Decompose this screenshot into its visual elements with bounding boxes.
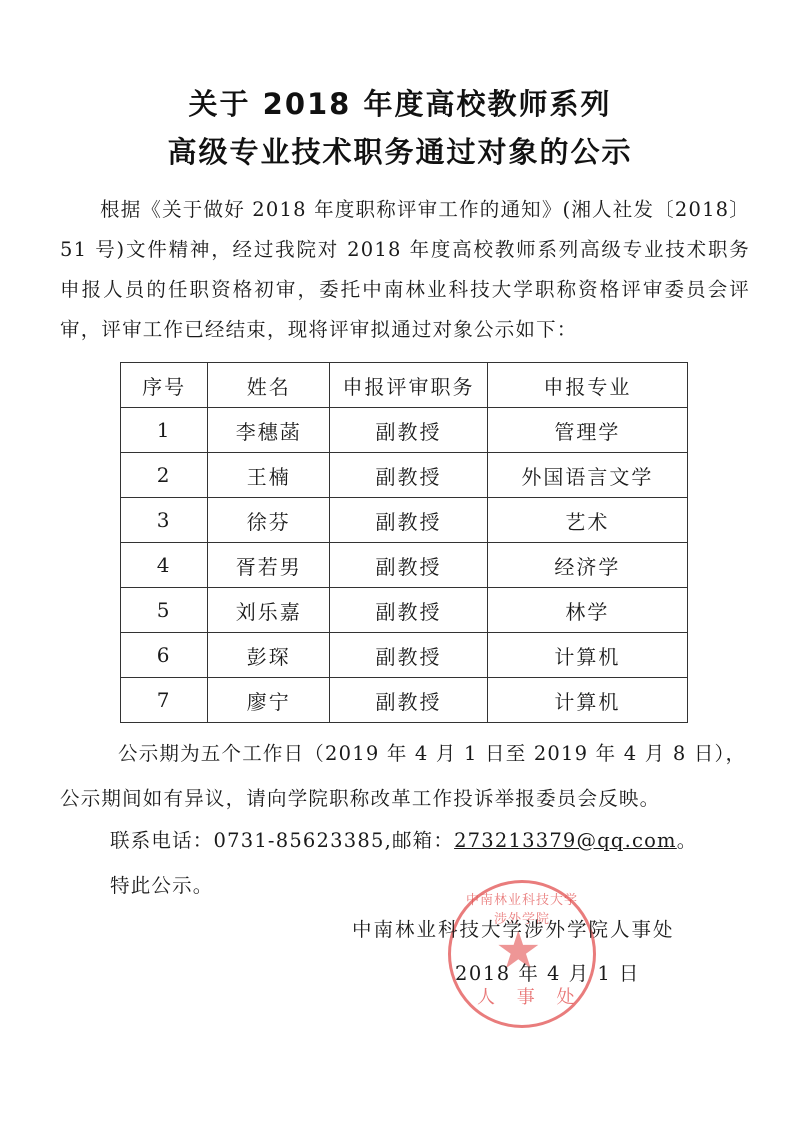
header-name: 姓名: [208, 363, 330, 408]
cell-major: 经济学: [487, 543, 687, 588]
cell-name: 李穗菡: [208, 408, 330, 453]
table-row: 7 廖宁 副教授 计算机: [121, 678, 688, 723]
table-row: 1 李穗菡 副教授 管理学: [121, 408, 688, 453]
cell-major: 外国语言文学: [487, 453, 687, 498]
cell-name: 胥若男: [208, 543, 330, 588]
cell-major: 艺术: [487, 498, 687, 543]
cell-name: 徐芬: [208, 498, 330, 543]
table-row: 2 王楠 副教授 外国语言文学: [121, 453, 688, 498]
cell-position: 副教授: [330, 633, 488, 678]
email-link[interactable]: 273213379@qq.com: [454, 829, 677, 852]
table-row: 6 彭琛 副教授 计算机: [121, 633, 688, 678]
cell-index: 1: [121, 408, 208, 453]
cell-index: 6: [121, 633, 208, 678]
document-title-line1: 关于 2018 年度高校教师系列: [0, 82, 800, 123]
cell-major: 林学: [487, 588, 687, 633]
cell-name: 王楠: [208, 453, 330, 498]
cell-name: 廖宁: [208, 678, 330, 723]
header-index: 序号: [121, 363, 208, 408]
table-row: 5 刘乐嘉 副教授 林学: [121, 588, 688, 633]
official-seal: 中南林业科技大学涉外学院 ★ 人 事 处: [448, 880, 596, 1028]
candidates-table: 序号 姓名 申报评审职务 申报专业 1 李穗菡 副教授 管理学 2 王楠 副教授…: [120, 362, 688, 723]
cell-index: 4: [121, 543, 208, 588]
table-header-row: 序号 姓名 申报评审职务 申报专业: [121, 363, 688, 408]
cell-position: 副教授: [330, 678, 488, 723]
header-major: 申报专业: [487, 363, 687, 408]
cell-major: 计算机: [487, 633, 687, 678]
document-title-line2: 高级专业技术职务通过对象的公示: [0, 130, 800, 171]
signature-org: 中南林业科技大学涉外学院人事处: [352, 914, 675, 942]
cell-position: 副教授: [330, 588, 488, 633]
cell-major: 计算机: [487, 678, 687, 723]
cell-index: 5: [121, 588, 208, 633]
cell-name: 彭琛: [208, 633, 330, 678]
intro-paragraph: 根据《关于做好 2018 年度职称评审工作的通知》(湘人社发〔2018〕51 号…: [60, 190, 750, 350]
cell-index: 3: [121, 498, 208, 543]
contact-line: 联系电话：0731-85623385,邮箱：273213379@qq.com。: [110, 825, 697, 853]
cell-position: 副教授: [330, 498, 488, 543]
cell-major: 管理学: [487, 408, 687, 453]
closing-text: 特此公示。: [110, 870, 214, 898]
contact-suffix: 。: [677, 829, 698, 852]
cell-index: 7: [121, 678, 208, 723]
table-row: 4 胥若男 副教授 经济学: [121, 543, 688, 588]
cell-index: 2: [121, 453, 208, 498]
notice-objection: 公示期间如有异议，请向学院职称改革工作投诉举报委员会反映。: [60, 783, 660, 811]
cell-position: 副教授: [330, 408, 488, 453]
table-row: 3 徐芬 副教授 艺术: [121, 498, 688, 543]
header-position: 申报评审职务: [330, 363, 488, 408]
signature-date: 2018 年 4 月 1 日: [455, 958, 640, 986]
notice-period: 公示期为五个工作日（2019 年 4 月 1 日至 2019 年 4 月 8 日…: [118, 738, 746, 766]
seal-center-text: 人 事 处: [477, 983, 582, 1009]
contact-phone: 联系电话：0731-85623385,邮箱：: [110, 829, 454, 852]
cell-position: 副教授: [330, 453, 488, 498]
cell-position: 副教授: [330, 543, 488, 588]
cell-name: 刘乐嘉: [208, 588, 330, 633]
